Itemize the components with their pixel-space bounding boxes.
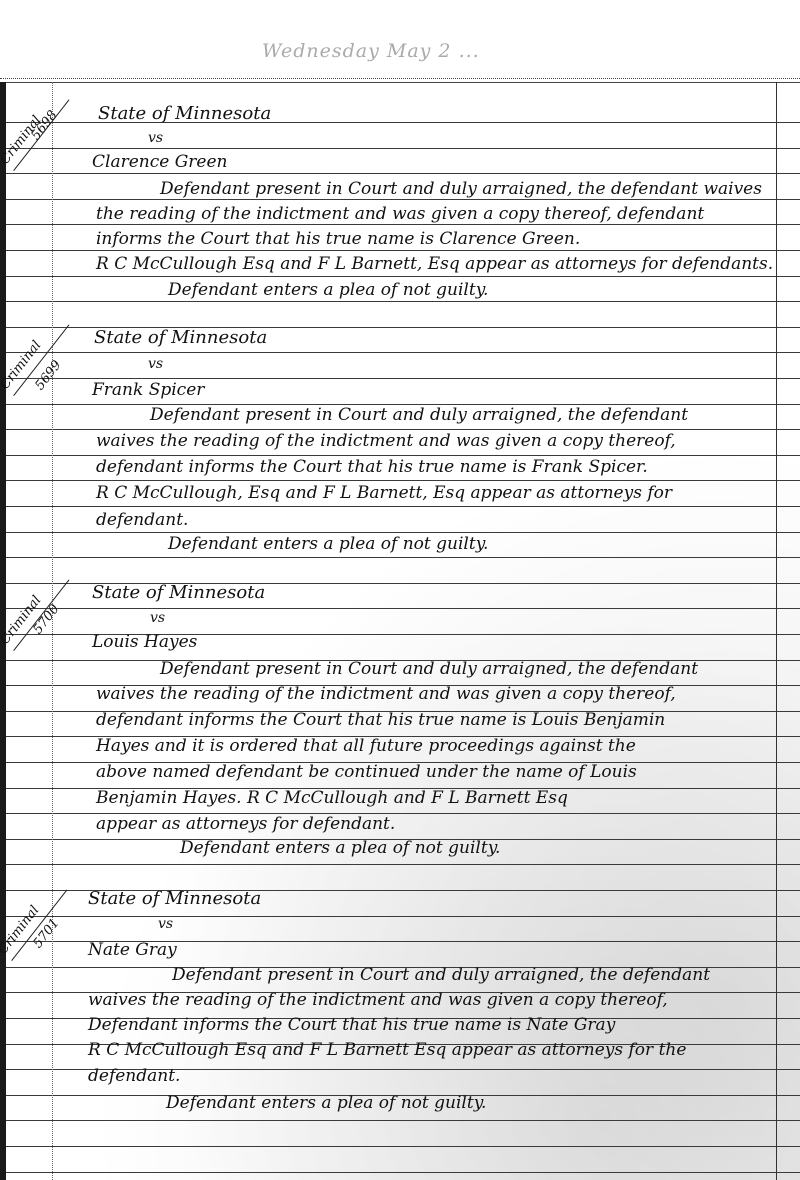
body-line: Defendant informs the Court that his tru… [88, 1015, 615, 1035]
ruled-line [0, 1120, 800, 1121]
ruled-line [0, 1172, 800, 1173]
ruled-line [0, 224, 800, 225]
body-line: defendant. [96, 510, 188, 530]
plea: Defendant enters a plea of not guilty. [168, 534, 488, 554]
body-line: Defendant present in Court and duly arra… [160, 659, 698, 679]
body-line: Defendant present in Court and duly arra… [160, 179, 762, 199]
top-rule [0, 82, 800, 83]
ruled-line [0, 480, 800, 481]
ruled-line [0, 378, 800, 379]
ruled-line [0, 352, 800, 353]
ruled-line [0, 532, 800, 533]
body-line: informs the Court that his true name is … [96, 229, 580, 249]
defendant-name: Nate Gray [88, 940, 177, 960]
versus: vs [150, 610, 165, 626]
plea: Defendant enters a plea of not guilty. [166, 1093, 486, 1113]
plaintiff: State of Minnesota [94, 327, 267, 348]
body-line: R C McCullough Esq and F L Barnett, Esq … [96, 254, 773, 274]
ruled-line [0, 506, 800, 507]
body-line: Benjamin Hayes. R C McCullough and F L B… [96, 788, 568, 808]
plaintiff: State of Minnesota [88, 888, 261, 909]
ruled-line [0, 301, 800, 302]
body-line: Hayes and it is ordered that all future … [96, 736, 636, 756]
right-margin-line [776, 82, 777, 1180]
ruled-line [0, 455, 800, 456]
versus: vs [148, 356, 163, 372]
plaintiff: State of Minnesota [98, 103, 271, 124]
plea: Defendant enters a plea of not guilty. [180, 838, 500, 858]
body-line: defendant. [88, 1066, 180, 1086]
body-line: defendant informs the Court that his tru… [96, 457, 648, 477]
top-rule [0, 78, 800, 79]
versus: vs [158, 916, 173, 932]
ruled-line [0, 864, 800, 865]
ruled-line [0, 199, 800, 200]
defendant-name: Louis Hayes [92, 632, 197, 652]
body-line: waives the reading of the indictment and… [96, 431, 676, 451]
body-line: appear as attorneys for defendant. [96, 814, 395, 834]
body-line: R C McCullough Esq and F L Barnett Esq a… [88, 1040, 686, 1060]
plaintiff: State of Minnesota [92, 582, 265, 603]
body-line: Defendant present in Court and duly arra… [150, 405, 688, 425]
ruled-line [0, 916, 800, 917]
ledger-page: Wednesday May 2 ... Criminal 5698 State … [0, 0, 800, 1180]
margin-line [52, 82, 53, 1180]
body-line: above named defendant be continued under… [96, 762, 637, 782]
ruled-line [0, 148, 800, 149]
body-line: defendant informs the Court that his tru… [96, 710, 665, 730]
ruled-line [0, 608, 800, 609]
defendant-name: Frank Spicer [92, 380, 204, 400]
body-line: waives the reading of the indictment and… [96, 684, 676, 704]
ruled-line [0, 429, 800, 430]
plea: Defendant enters a plea of not guilty. [168, 280, 488, 300]
ruled-line [0, 276, 800, 277]
body-line: the reading of the indictment and was gi… [96, 204, 704, 224]
ruled-line [0, 1146, 800, 1147]
versus: vs [148, 130, 163, 146]
ruled-line [0, 173, 800, 174]
defendant-name: Clarence Green [92, 152, 227, 172]
body-line: R C McCullough, Esq and F L Barnett, Esq… [96, 483, 672, 503]
body-line: Defendant present in Court and duly arra… [172, 965, 710, 985]
ruled-line [0, 250, 800, 251]
body-line: waives the reading of the indictment and… [88, 990, 668, 1010]
header-date: Wednesday May 2 ... [262, 40, 480, 62]
ruled-line [0, 557, 800, 558]
